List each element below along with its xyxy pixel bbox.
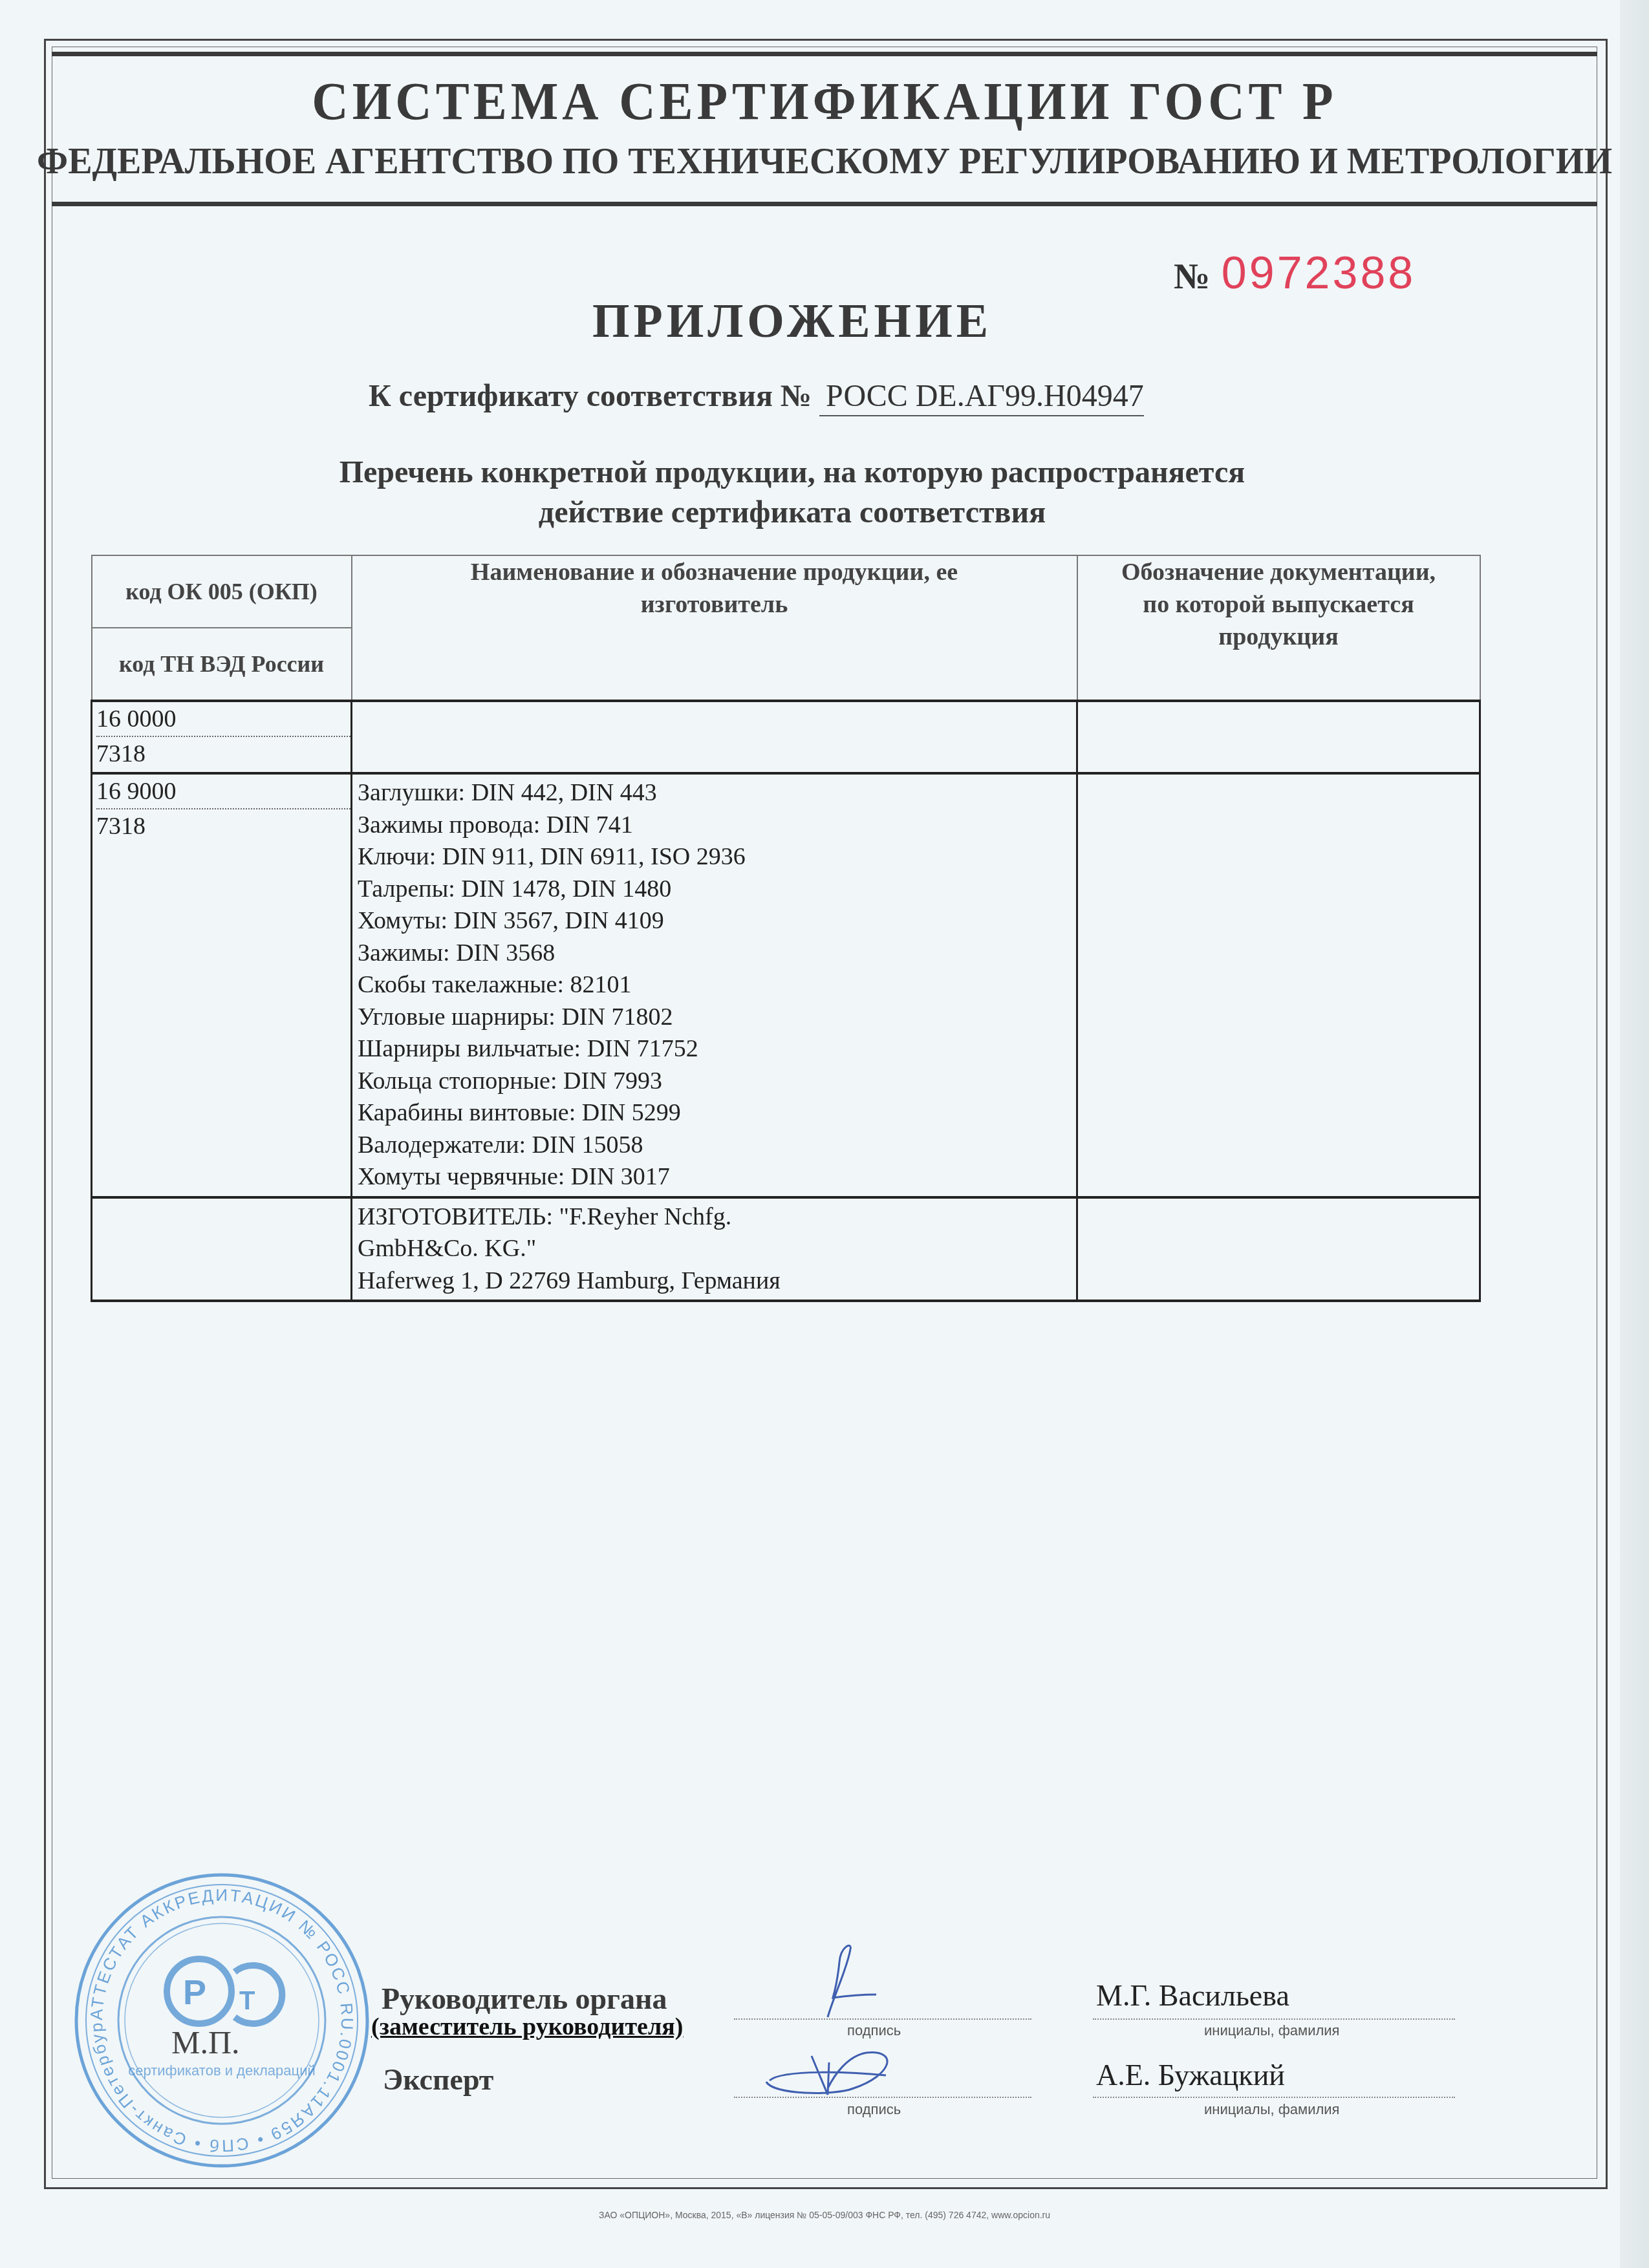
header-okp: код ОК 005 (ОКП) xyxy=(92,556,351,628)
expert-label: Эксперт xyxy=(383,2062,493,2097)
head-name-caption: инициалы, фамилия xyxy=(1204,2022,1340,2039)
product-item: Скобы такелажные: 82101 xyxy=(358,969,1071,1001)
tnved-code: 7318 xyxy=(96,809,350,843)
code-cell: 16 9000 7318 xyxy=(92,773,352,1197)
docs-cell xyxy=(1077,773,1480,1197)
product-cell: Заглушки: DIN 442, DIN 443 Зажимы провод… xyxy=(352,773,1077,1197)
product-item: Зажимы провода: DIN 741 xyxy=(358,809,1071,842)
okp-code: 16 9000 xyxy=(96,775,350,809)
certificate-reference: К сертификату соответствия № РОСС DE.АГ9… xyxy=(369,378,1144,416)
product-item: Валодержатели: DIN 15058 xyxy=(358,1129,1071,1162)
svg-text:сертификатов и деклараций: сертификатов и деклараций xyxy=(128,2062,316,2079)
cert-ref-value: РОСС DE.АГ99.Н04947 xyxy=(819,378,1144,416)
head-label-sub: (заместитель руководителя) xyxy=(371,2013,683,2041)
page-title: ПРИЛОЖЕНИЕ xyxy=(0,294,1584,349)
manufacturer-cell: ИЗГОТОВИТЕЛЬ: "F.Reyher Nchfg. GmbH&Co. … xyxy=(352,1197,1077,1301)
svg-text:P: P xyxy=(183,1973,206,2012)
header-rule-top xyxy=(52,52,1597,56)
product-item: Зажимы: DIN 3568 xyxy=(358,937,1071,970)
product-item: Угловые шарниры: DIN 71802 xyxy=(358,1001,1071,1034)
number-sign: № xyxy=(1174,257,1210,297)
expert-signature-icon xyxy=(757,2049,951,2101)
page-edge xyxy=(1620,0,1649,2268)
table-row: 16 0000 7318 xyxy=(92,701,1480,773)
head-label: Руководитель органа xyxy=(382,1982,667,2016)
product-item: Талрепы: DIN 1478, DIN 1480 xyxy=(358,873,1071,906)
products-table: код ОК 005 (ОКП) код ТН ВЭД России Наиме… xyxy=(91,555,1481,1302)
serial-number: № 0972388 xyxy=(1174,247,1416,300)
docs-cell xyxy=(1077,701,1480,773)
tnved-code: 7318 xyxy=(96,737,350,771)
product-item: Хомуты червячные: DIN 3017 xyxy=(358,1161,1071,1193)
list-title-line2: действие сертификата соответствия xyxy=(0,493,1584,533)
code-cell xyxy=(92,1197,352,1301)
manufacturer-line: ИЗГОТОВИТЕЛЬ: "F.Reyher Nchfg. xyxy=(358,1201,1071,1234)
list-title: Перечень конкретной продукции, на котору… xyxy=(0,453,1584,533)
expert-signature-caption: подпись xyxy=(847,2101,901,2118)
manufacturer-address: Haferweg 1, D 22769 Hamburg, Германия xyxy=(358,1265,1071,1298)
product-item: Заглушки: DIN 442, DIN 443 xyxy=(358,777,1071,809)
product-item: Кольца стопорные: DIN 7993 xyxy=(358,1065,1071,1098)
head-signature-caption: подпись xyxy=(847,2022,901,2039)
docs-cell xyxy=(1077,1197,1480,1301)
agency-name: ФЕДЕРАЛЬНОЕ АГЕНТСТВО ПО ТЕХНИЧЕСКОМУ РЕ… xyxy=(0,141,1649,182)
okp-code: 16 0000 xyxy=(96,702,350,737)
cert-ref-label: К сертификату соответствия № xyxy=(369,379,812,413)
head-name-line xyxy=(1093,2018,1455,2020)
product-item: Хомуты: DIN 3567, DIN 4109 xyxy=(358,905,1071,937)
stamp-place-label: М.П. xyxy=(171,2024,240,2061)
header-tnved: код ТН ВЭД России xyxy=(92,628,351,700)
expert-name-line xyxy=(1093,2097,1455,2098)
table-row: ИЗГОТОВИТЕЛЬ: "F.Reyher Nchfg. GmbH&Co. … xyxy=(92,1197,1480,1301)
product-item: Шарниры вильчатые: DIN 71752 xyxy=(358,1033,1071,1065)
svg-text:T: T xyxy=(239,1987,255,2015)
header-product-name: Наименование и обозначение продукции, ее… xyxy=(352,555,1077,701)
product-item: Карабины винтовые: DIN 5299 xyxy=(358,1097,1071,1129)
head-signature-icon xyxy=(763,1943,931,2020)
header-codes: код ОК 005 (ОКП) код ТН ВЭД России xyxy=(92,555,352,701)
table-header-row: код ОК 005 (ОКП) код ТН ВЭД России Наиме… xyxy=(92,555,1480,701)
product-cell xyxy=(352,701,1077,773)
manufacturer-line: GmbH&Co. KG." xyxy=(358,1233,1071,1265)
header-documentation: Обозначение документации, по которой вып… xyxy=(1077,555,1480,701)
official-seal-icon: АТТЕСТАТ АККРЕДИТАЦИИ № РОСС RU.0001.11А… xyxy=(70,1868,374,2172)
code-cell: 16 0000 7318 xyxy=(92,701,352,773)
list-title-line1: Перечень конкретной продукции, на котору… xyxy=(0,453,1584,493)
printer-imprint: ЗАО «ОПЦИОН», Москва, 2015, «В» лицензия… xyxy=(0,2210,1649,2220)
head-name: М.Г. Васильева xyxy=(1096,1978,1289,2013)
header-rule-bottom xyxy=(52,202,1597,206)
table-row: 16 9000 7318 Заглушки: DIN 442, DIN 443 … xyxy=(92,773,1480,1197)
expert-name-caption: инициалы, фамилия xyxy=(1204,2101,1340,2118)
system-title: СИСТЕМА СЕРТИФИКАЦИИ ГОСТ Р xyxy=(0,71,1649,133)
product-item: Ключи: DIN 911, DIN 6911, ISO 2936 xyxy=(358,841,1071,873)
expert-name: А.Е. Бужацкий xyxy=(1096,2058,1285,2092)
serial-value: 0972388 xyxy=(1222,248,1416,298)
svg-text:АТТЕСТАТ АККРЕДИТАЦИИ № РОСС R: АТТЕСТАТ АККРЕДИТАЦИИ № РОСС RU.0001.11А… xyxy=(70,1868,357,2156)
